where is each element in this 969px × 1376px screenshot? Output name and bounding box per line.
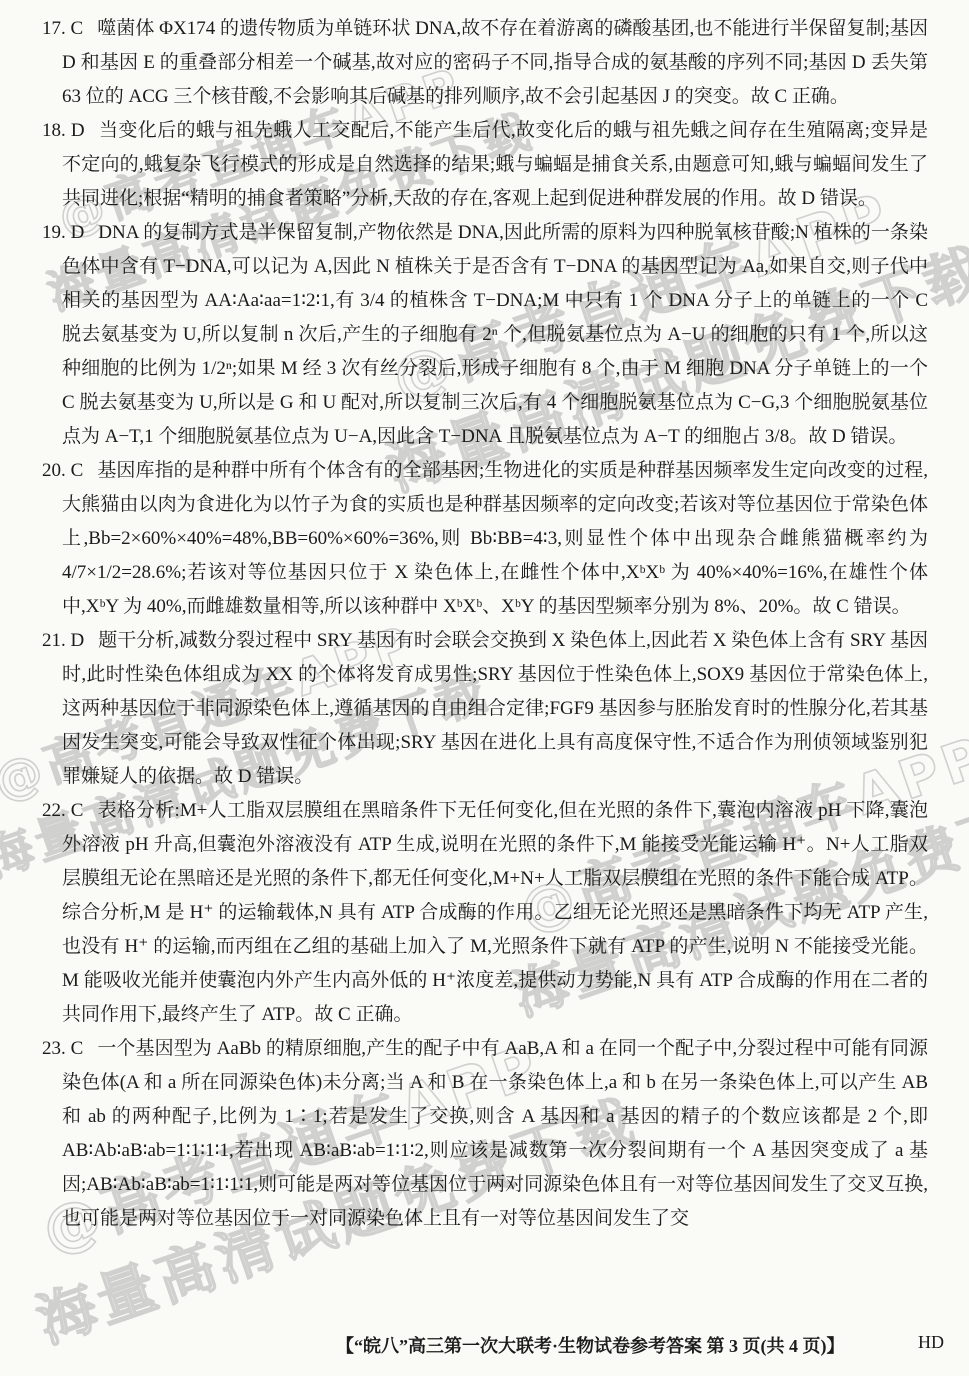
answer-label-19: 19. D xyxy=(42,222,98,243)
answer-item-18: 18. D当变化后的蛾与祖先蛾人工交配后,不能产生后代,故变化后的蛾与祖先蛾之间… xyxy=(62,114,928,216)
answer-text-17: 噬菌体 ΦX174 的遗传物质为单链环状 DNA,故不存在着游离的磷酸基团,也不… xyxy=(62,18,928,107)
answer-item-19: 19. DDNA 的复制方式是半保留复制,产物依然是 DNA,因此所需的原料为四… xyxy=(62,216,928,454)
answer-item-20: 20. C基因库指的是种群中所有个体含有的全部基因;生物进化的实质是种群基因频率… xyxy=(62,454,928,624)
answers-list: 17. C噬菌体 ΦX174 的遗传物质为单链环状 DNA,故不存在着游离的磷酸… xyxy=(62,12,928,1236)
answer-item-21: 21. D题干分析,减数分裂过程中 SRY 基因有时会联会交换到 X 染色体上,… xyxy=(62,624,928,794)
answer-text-23: 一个基因型为 AaBb 的精原细胞,产生的配子中有 AaB,A 和 a 在同一个… xyxy=(62,1038,928,1229)
answer-text-19: DNA 的复制方式是半保留复制,产物依然是 DNA,因此所需的原料为四种脱氧核苷… xyxy=(62,222,928,447)
answer-label-18: 18. D xyxy=(42,120,99,141)
answer-item-22: 22. C表格分析:M+人工脂双层膜组在黑暗条件下无任何变化,但在光照的条件下,… xyxy=(62,794,928,1032)
answer-label-17: 17. C xyxy=(42,18,97,39)
answer-label-22: 22. C xyxy=(42,800,97,821)
answer-label-23: 23. C xyxy=(42,1038,97,1059)
answer-text-21: 题干分析,减数分裂过程中 SRY 基因有时会联会交换到 X 染色体上,因此若 X… xyxy=(62,630,928,787)
answer-item-23: 23. C一个基因型为 AaBb 的精原细胞,产生的配子中有 AaB,A 和 a… xyxy=(62,1032,928,1236)
answer-item-17: 17. C噬菌体 ΦX174 的遗传物质为单链环状 DNA,故不存在着游离的磷酸… xyxy=(62,12,928,114)
answer-label-21: 21. D xyxy=(42,630,98,651)
footer-code: HD xyxy=(918,1332,944,1353)
answer-text-18: 当变化后的蛾与祖先蛾人工交配后,不能产生后代,故变化后的蛾与祖先蛾之间存在生殖隔… xyxy=(62,120,928,209)
answer-label-20: 20. C xyxy=(42,460,97,481)
answer-text-22: 表格分析:M+人工脂双层膜组在黑暗条件下无任何变化,但在光照的条件下,囊泡内溶液… xyxy=(62,800,928,1025)
footer-exam-title: 【“皖八”高三第一次大联考·生物试卷参考答案 第 3 页(共 4 页)】 xyxy=(336,1332,845,1358)
answer-text-20: 基因库指的是种群中所有个体含有的全部基因;生物进化的实质是种群基因频率发生定向改… xyxy=(62,460,928,617)
exam-answer-page: @高考直通车APP 海量高清试题免费下载 @高考直通车APP 海量高清试题免费下… xyxy=(0,0,969,1376)
